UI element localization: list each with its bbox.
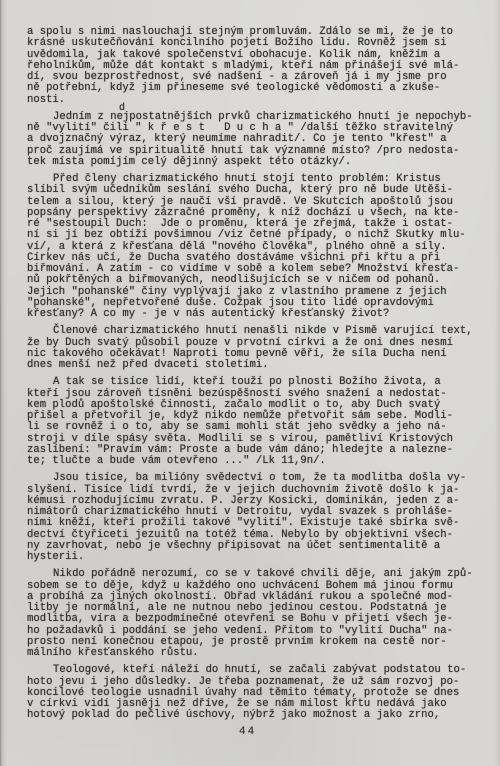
paragraph: Jedním z nejpostatnějších prvků charizma… — [27, 112, 483, 168]
paragraph: Teologové, kteří náleží do hnutí, se zač… — [27, 665, 483, 721]
scanned-page: a spolu s nimi naslouchají stejným proml… — [0, 0, 500, 766]
paragraph: a spolu s nimi naslouchají stejným proml… — [27, 27, 483, 106]
page-number: 44 — [239, 726, 256, 738]
typed-correction-superscript: d — [119, 103, 125, 114]
text-block: a spolu s nimi naslouchají stejným proml… — [27, 27, 483, 728]
paragraph: Před členy charizmatického hnutí stojí t… — [27, 174, 483, 320]
paragraph: Členové charizmatického hnutí nenašli ni… — [27, 326, 483, 371]
paragraph: Nikdo pořádně nerozumí, co se v takové c… — [27, 569, 483, 659]
paragraph: A tak se tisíce lidí, kteří touží po pln… — [27, 377, 483, 467]
paragraph: Jsou tisíce, ba milióny svědectví o tom,… — [27, 473, 483, 563]
